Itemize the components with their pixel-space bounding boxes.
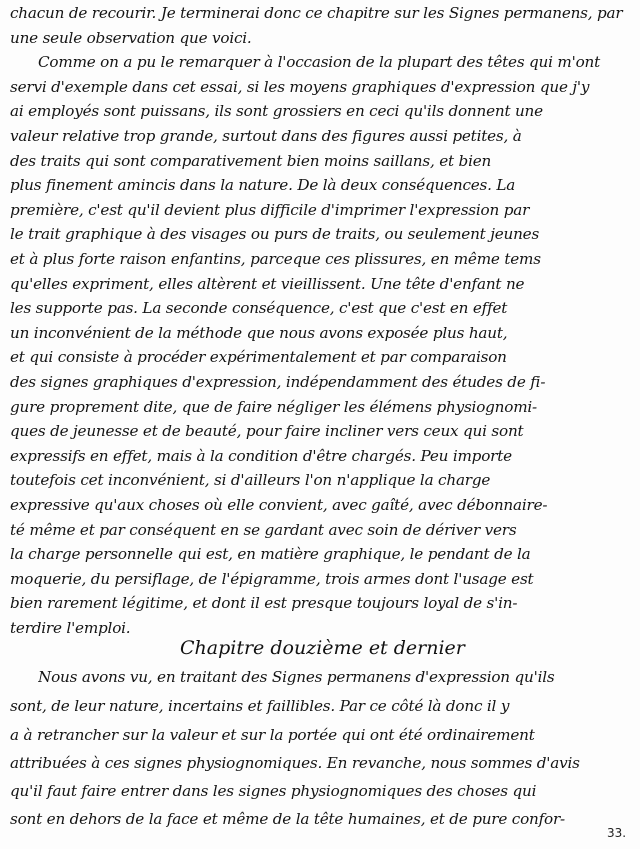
text-line: expressive qu'aux choses où elle convien… <box>10 496 630 514</box>
text-line: moquerie, du persiflage, de l'épigramme,… <box>10 570 630 588</box>
text-line: des signes graphiques d'expression, indé… <box>10 373 630 391</box>
text-line: qu'il faut faire entrer dans les signes … <box>10 782 630 800</box>
text-line: chacun de recourir. Je terminerai donc c… <box>10 4 630 22</box>
paragraph-start-line: Nous avons vu, en traitant des Signes pe… <box>38 668 630 686</box>
text-line: a à retrancher sur la valeur et sur la p… <box>10 726 630 744</box>
text-line: té même et par conséquent en se gardant … <box>10 521 630 539</box>
text-line: sont en dehors de la face et même de la … <box>10 810 630 828</box>
text-line: servi d'exemple dans cet essai, si les m… <box>10 78 630 96</box>
text-line: attribuées à ces signes physiognomiques.… <box>10 754 630 772</box>
text-line: un inconvénient de la méthode que nous a… <box>10 324 630 342</box>
text-line: qu'elles expriment, elles altèrent et vi… <box>10 275 630 293</box>
text-line: gure proprement dite, que de faire négli… <box>10 398 630 416</box>
text-line: la charge personnelle qui est, en matièr… <box>10 545 630 563</box>
text-line: sont, de leur nature, incertains et fail… <box>10 697 630 715</box>
text-line: ques de jeunesse et de beauté, pour fair… <box>10 422 630 440</box>
text-line: les supporte pas. La seconde conséquence… <box>10 299 630 317</box>
text-line: valeur relative trop grande, surtout dan… <box>10 127 630 145</box>
chapter-heading: Chapitre douzième et dernier <box>180 637 465 659</box>
text-line: première, c'est qu'il devient plus diffi… <box>10 201 630 219</box>
text-line: plus finement amincis dans la nature. De… <box>10 176 630 194</box>
text-line: des traits qui sont comparativement bien… <box>10 152 630 170</box>
text-line: et qui consiste à procéder expérimentale… <box>10 348 630 366</box>
text-line: une seule observation que voici. <box>10 29 630 47</box>
text-line: toutefois cet inconvénient, si d'ailleur… <box>10 471 630 489</box>
text-line: ai employés sont puissans, ils sont gros… <box>10 102 630 120</box>
text-line: et à plus forte raison enfantins, parceq… <box>10 250 630 268</box>
text-line: terdire l'emploi. <box>10 619 630 637</box>
page-number: 33. <box>607 826 626 840</box>
text-line: expressifs en effet, mais à la condition… <box>10 447 630 465</box>
manuscript-page: chacun de recourir. Je terminerai donc c… <box>0 0 640 849</box>
paragraph-start-line: Comme on a pu le remarquer à l'occasion … <box>38 53 630 71</box>
text-line: bien rarement légitime, et dont il est p… <box>10 594 630 612</box>
text-line: le trait graphique à des visages ou purs… <box>10 225 630 243</box>
